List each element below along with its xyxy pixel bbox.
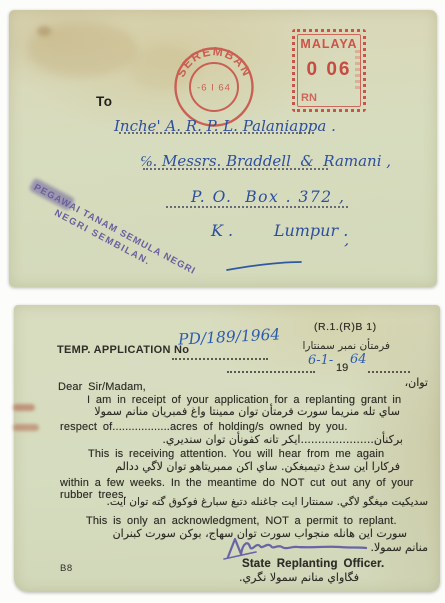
meter-side-marks (355, 50, 361, 90)
pen-tick: ’ (341, 240, 349, 259)
meter-country: MALAYA (295, 37, 363, 51)
address-line-4: K . Lumpur . (211, 221, 348, 240)
officer-title-jawi: فگاواي منانم سمولا نگري. (218, 571, 380, 584)
address-line-3: P. O. Box . 372 , (191, 188, 345, 206)
body-jawi-6: منانم سمولا. (360, 541, 428, 554)
red-smudge (13, 424, 39, 431)
body-en-6: This is only an acknowledgment, NOT a pe… (86, 515, 397, 527)
red-smudge (13, 404, 35, 411)
body-en-2: respect of..................acres of hol… (60, 421, 348, 433)
dotted-line (227, 371, 315, 373)
body-jawi-1: ساي تله منريما سورت فرمتأن توان ممينتا و… (94, 405, 400, 418)
date-year-printed: 19 (336, 362, 348, 374)
postmark-date: -6 I 64 (197, 83, 231, 94)
salutation-jawi: توان، (388, 376, 428, 389)
meter-stamp: MALAYA 0 06 RN (292, 29, 366, 112)
body-en-3: This is receiving attention. You will he… (88, 448, 384, 460)
address-guide-line (143, 168, 328, 170)
officer-title: State Replanting Officer. (242, 558, 384, 570)
form-code: B8 (60, 563, 73, 574)
stain (37, 26, 51, 36)
meter-prefix: RN (301, 92, 317, 104)
svg-text:SEREMBAN: SEREMBAN (173, 44, 254, 79)
meter-value: 0 06 (295, 59, 363, 81)
dotted-line (368, 371, 410, 373)
body-en-4: within a few weeks. In the meantime do N… (60, 477, 413, 489)
salutation: Dear Sir/Madam, (58, 381, 146, 393)
official-handstamp: PEGAWAI TANAM SEMULA NEGRI NEGRI SEMBILA… (26, 182, 186, 282)
address-guide-line (166, 206, 348, 208)
stain (27, 22, 137, 77)
pen-dash (225, 260, 303, 272)
application-number-label: TEMP. APPLICATION No (57, 344, 189, 356)
body-jawi-4: سديكيت ميغگو لاگي. سمنتارا ايت جاغنله دت… (106, 496, 428, 508)
photo-of-postcard: To SEREMBAN -6 I 64 MALAYA 0 06 RN Inche… (0, 0, 445, 603)
to-label: To (96, 94, 113, 109)
front-card: To SEREMBAN -6 I 64 MALAYA 0 06 RN Inche… (9, 10, 437, 287)
application-number-label-jawi: فرمتأن نمبر سمنتارا (264, 340, 390, 352)
date-year-handwritten: 64 (350, 352, 367, 367)
date-day-month-handwritten: 6-1- (308, 353, 333, 368)
handstamp-line-2: NEGRI SEMBILAN. (26, 193, 179, 282)
back-card: (R.1.(R)B 1) TEMP. APPLICATION No PD/189… (14, 305, 440, 592)
body-jawi-2: بركنأن.....................ايكر تانه كفو… (162, 433, 403, 446)
form-reference: (R.1.(R)B 1) (314, 321, 377, 333)
body-jawi-3: فركارا اين سدغ دتيمبغكن. ساي اكن ممبريتا… (115, 460, 400, 473)
postmark-town: SEREMBAN (173, 44, 254, 79)
dotted-line (172, 358, 268, 360)
address-guide-line (119, 132, 314, 134)
